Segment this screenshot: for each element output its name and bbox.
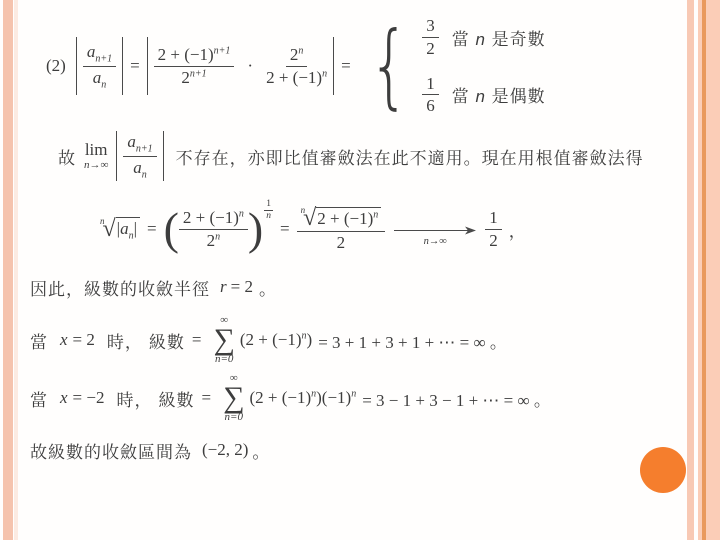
math-value: = −2 xyxy=(73,388,105,408)
comma: ， xyxy=(509,217,527,242)
math-expr: ) xyxy=(307,330,313,349)
math-sub: n+1 xyxy=(95,53,112,64)
case-odd: 3 2 當 n 是奇數 xyxy=(422,16,545,58)
abs-bar xyxy=(122,37,123,95)
cjk-text: 是偶數 xyxy=(492,87,546,106)
root-index: n xyxy=(100,216,105,226)
cjk-text: 因此，級數的收斂半徑 xyxy=(30,275,210,300)
statement-x-equals-2: 當 x = 2 時， 級數 = ∞ ∑ n=0 (2 + (−1)n) = 3 … xyxy=(30,314,507,366)
piecewise-brace: { xyxy=(368,22,409,109)
piecewise-cases: 3 2 當 n 是奇數 1 6 當 n 是偶數 xyxy=(422,16,545,115)
cjk-text: 當 xyxy=(30,386,48,411)
cjk-text: 是奇數 xyxy=(492,30,546,49)
limit-operator: lim n→∞ xyxy=(84,141,108,171)
equals-sign: = xyxy=(341,56,351,76)
equals-sign: = xyxy=(201,388,211,408)
item-label: (2) xyxy=(46,56,66,76)
cjk-text: 不存在，亦即比值審斂法在此不適用。現在用根值審斂法得 xyxy=(176,144,644,169)
math-num: 3 xyxy=(422,16,439,38)
summation-symbol: ∞ ∑ n=0 xyxy=(223,373,244,424)
math-num: 2 xyxy=(489,230,498,251)
right-paren: ) xyxy=(248,209,263,248)
left-border-stripe-faint xyxy=(14,0,18,540)
math-var: r xyxy=(220,277,227,297)
sigma: ∑ xyxy=(223,384,244,413)
fraction-three-halves: 3 2 xyxy=(422,16,439,58)
statement-interval: 故級數的收斂區間為 (−2, 2) 。 xyxy=(30,436,270,464)
cjk-text: 故 xyxy=(58,144,76,169)
fraction-one-sixth: 1 6 xyxy=(422,74,439,116)
fraction-one-half: 1 2 xyxy=(485,208,502,250)
sum-lower-limit: n=0 xyxy=(225,412,243,423)
case-even: 1 6 當 n 是偶數 xyxy=(422,74,545,116)
exponent-one-over-n: 1 n xyxy=(264,199,273,221)
math-var: a xyxy=(127,132,136,151)
fraction-an-ratio: an+1 an xyxy=(83,42,116,91)
math-value: = 2 xyxy=(231,277,253,297)
math-var: n xyxy=(475,30,485,49)
series-expansion: = 3 + 1 + 3 + 1 + ⋯ = ∞ 。 xyxy=(318,328,507,353)
left-paren: ( xyxy=(164,209,179,248)
series-expansion: = 3 − 1 + 3 − 1 + ⋯ = ∞ 。 xyxy=(362,386,551,411)
case-condition: 當 n 是奇數 xyxy=(452,25,546,50)
cjk-text: 時， xyxy=(107,328,143,353)
math-value: = 2 xyxy=(73,330,95,350)
math-expr: 2 + (−1) xyxy=(183,208,239,227)
nth-root-term: n√2 + (−1)n xyxy=(301,206,382,230)
cjk-text: 級數 xyxy=(158,386,194,411)
math-sup: n+1 xyxy=(214,45,231,56)
math-sub: n+1 xyxy=(136,143,153,154)
equals-sign: = xyxy=(147,219,157,239)
math-expr: 2 + (−1) xyxy=(158,45,214,64)
math-expr: (2 + (−1) xyxy=(240,330,302,349)
math-num: 1 xyxy=(264,199,273,210)
math-var: a xyxy=(133,158,142,177)
arrow-label: n→∞ xyxy=(424,236,447,247)
right-border-stripe-thin xyxy=(687,0,694,540)
nth-root-abs-an: n√|an| xyxy=(100,217,140,241)
equation-ratio-test: (2) an+1 an = 2 + (−1)n+1 2n+1 · 2n 2 + … xyxy=(46,16,546,116)
cjk-text: 當 xyxy=(452,30,470,49)
fraction-term-ratio-1: 2 + (−1)n+1 2n+1 xyxy=(154,45,235,87)
sum-lower-limit: n=0 xyxy=(215,354,233,365)
math-sub: n xyxy=(142,169,147,180)
cjk-text: 當 xyxy=(30,328,48,353)
abs-bar-glyph: | xyxy=(134,219,137,238)
math-sup: n xyxy=(322,68,327,79)
left-border-stripe xyxy=(3,0,13,540)
math-num: 2 xyxy=(337,232,346,253)
abs-bar xyxy=(333,37,334,95)
abs-bar xyxy=(116,131,117,181)
abs-bar xyxy=(76,37,77,95)
math-sup: n xyxy=(373,209,378,220)
math-var: n xyxy=(475,87,485,106)
math-sup: n xyxy=(298,45,303,56)
math-expr: )(−1) xyxy=(316,388,351,407)
series-term: (2 + (−1)n)(−1)n xyxy=(249,388,356,408)
statement-radius: 因此，級數的收斂半徑 r = 2 。 xyxy=(30,272,277,302)
abs-bar xyxy=(147,37,148,95)
math-expr: 2 + (−1) xyxy=(266,68,322,87)
summation-symbol: ∞ ∑ n=0 xyxy=(213,315,234,366)
fraction-term-root: 2 + (−1)n 2n xyxy=(179,208,248,250)
root-index: n xyxy=(301,205,306,215)
math-var: a xyxy=(120,219,129,238)
interval-value: (−2, 2) xyxy=(202,440,248,460)
math-sup: n xyxy=(239,208,244,219)
cjk-text: 當 xyxy=(452,87,470,106)
math-expr: 2 xyxy=(181,68,190,87)
lim-subscript: n→∞ xyxy=(84,160,108,171)
abs-bar xyxy=(163,131,164,181)
math-sup: n xyxy=(351,388,356,399)
equals-sign: = xyxy=(192,330,202,350)
math-expr: 2 xyxy=(207,231,216,250)
math-var: x xyxy=(60,388,68,408)
statement-x-equals-minus-2: 當 x = −2 時， 級數 = ∞ ∑ n=0 (2 + (−1)n)(−1)… xyxy=(30,372,551,424)
math-var: a xyxy=(93,68,102,87)
decorative-orange-circle xyxy=(640,447,686,493)
period: 。 xyxy=(252,438,270,463)
sigma: ∑ xyxy=(213,326,234,355)
math-num: 1 xyxy=(422,74,439,96)
equals-sign: = xyxy=(130,56,140,76)
cjk-text: 級數 xyxy=(149,328,185,353)
math-var: n xyxy=(266,211,271,221)
math-num: 1 xyxy=(485,208,502,230)
equals-sign: = xyxy=(280,219,290,239)
math-expr: (2 + (−1) xyxy=(249,388,311,407)
multiplication-dot: · xyxy=(247,56,253,76)
cjk-text: 時， xyxy=(116,386,152,411)
math-sup: n xyxy=(215,231,220,242)
period: 。 xyxy=(259,275,277,300)
fraction-an-ratio: an+1 an xyxy=(123,132,156,181)
math-num: 2 xyxy=(426,38,435,59)
math-sub: n xyxy=(101,79,106,90)
fraction-root-over-two: n√2 + (−1)n 2 xyxy=(297,206,386,253)
math-sup: n+1 xyxy=(190,68,207,79)
math-var: x xyxy=(60,330,68,350)
statement-limit-not-exist: 故 lim n→∞ an+1 an 不存在，亦即比值審斂法在此不適用。現在用根值… xyxy=(58,127,644,185)
cjk-text: 故級數的收斂區間為 xyxy=(30,438,192,463)
math-num: 6 xyxy=(426,95,435,116)
equation-root-test: n√|an| = ( 2 + (−1)n 2n ) 1 n = n√2 + (−… xyxy=(100,198,534,260)
series-term: (2 + (−1)n) xyxy=(240,330,312,350)
right-border-accent-line xyxy=(702,0,706,540)
fraction-term-ratio-2: 2n 2 + (−1)n xyxy=(266,45,327,87)
lim-word: lim xyxy=(85,141,108,158)
case-condition: 當 n 是偶數 xyxy=(452,82,546,107)
arrow-graphic xyxy=(394,226,476,235)
math-expr: 2 + (−1) xyxy=(317,209,373,228)
limit-arrow: n→∞ xyxy=(394,226,476,247)
